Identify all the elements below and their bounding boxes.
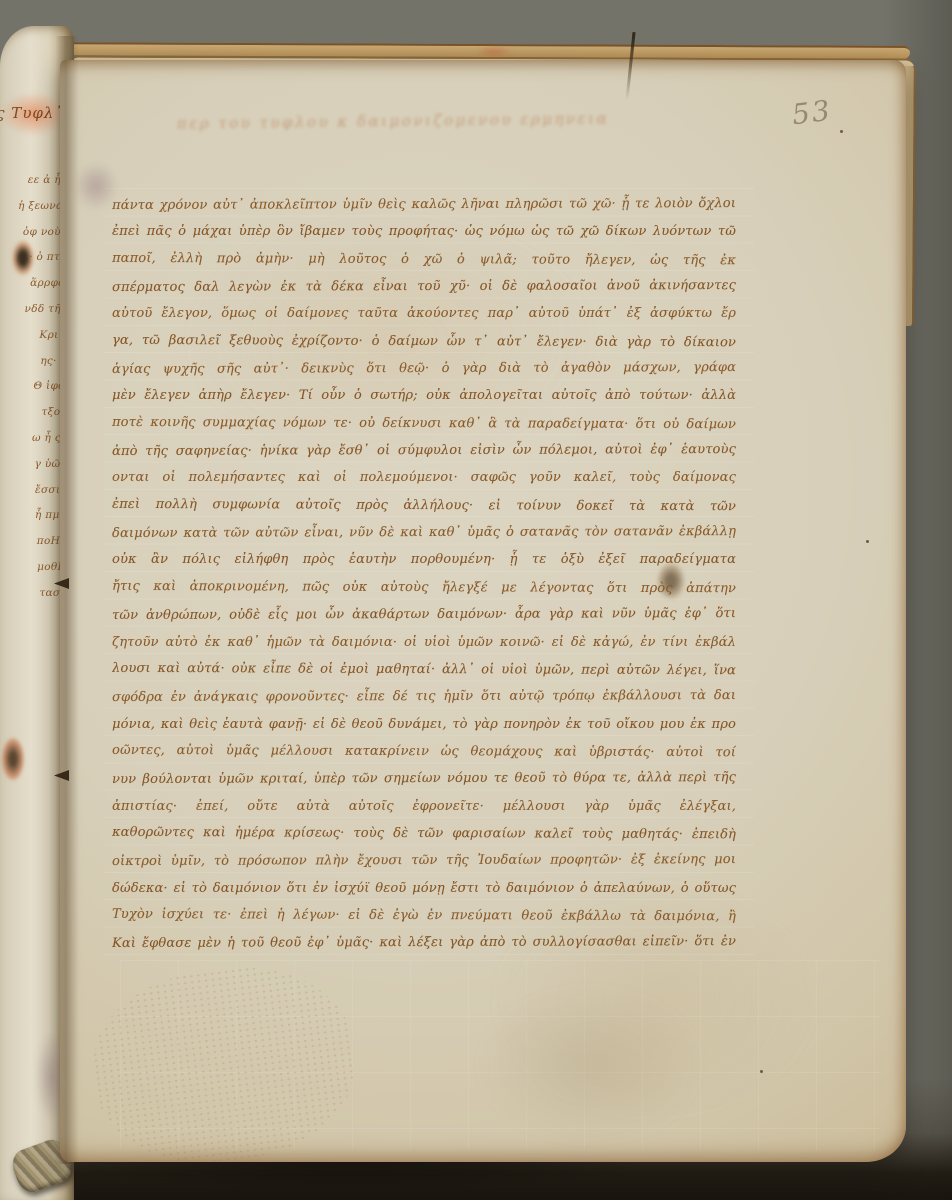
manuscript-text-line: Τυχὸν ἰσχύει τε· ἐπεὶ ἡ λέγων· εἰ δὲ ἐγὼ…	[112, 901, 736, 931]
folio-number: 53	[790, 94, 833, 132]
manuscript-text-line: αὐτοῦ ἔλεγον, ὅμως οἱ δαίμονες ταῦτα ἀκο…	[112, 300, 736, 327]
manuscript-text-line: οὐκ ἂν πόλις εἰλήφθη πρὸς ἑαυτὴν πορθουμ…	[112, 546, 736, 573]
red-margin-stain	[2, 738, 24, 780]
soft-water-stain	[480, 990, 700, 1140]
ink-blot-stain	[8, 234, 38, 282]
manuscript-text-line: οἰκτροὶ ὑμῖν, τὸ πρόσωπον πλὴν ἔχουσι τῶ…	[112, 846, 736, 875]
main-text-block: πάντα χρόνον αὐτ᾽ ἀποκλεῖπτον ὑμῖν θεὶς …	[112, 191, 736, 957]
foxing-speck	[760, 1070, 763, 1073]
manuscript-photo: ς Τυφλ᾽: εε ἀ ἧςἡ ξεωνά,ὀφ νοὺς· ὁ πτλἅρ…	[0, 0, 952, 1200]
manuscript-text-line: μὲν ἔλεγεν ἀπὴρ ἔλεγεν· Τί οὖν ὁ σωτήρ; …	[112, 382, 736, 409]
manuscript-text-line: γα, τῶ βασιλεῖ ξεθυοὺς ἐχρίζοντο· ὁ δαίμ…	[112, 327, 736, 357]
manuscript-text-line: ἁγίας ψυχῆς σῆς αὐτ᾽· δεικνὺς ὅτι θεῷ· ὁ…	[112, 354, 736, 383]
manuscript-text-line: λουσι καὶ αὐτά· οὐκ εἶπε δὲ οἱ ἐμοὶ μαθη…	[112, 655, 736, 685]
manuscript-text-line: σφόδρα ἐν ἀνάγκαις φρονοῦντες· εἶπε δέ τ…	[112, 682, 736, 711]
manuscript-text-line: ἤτις καὶ ἀποκρινομένη, πῶς οὐκ αὐτοὺς ἤλ…	[112, 573, 736, 603]
manuscript-text-line: πάντα χρόνον αὐτ᾽ ἀποκλεῖπτον ὑμῖν θεὶς …	[112, 190, 736, 219]
manuscript-text-line: δαιμόνων κατὰ τῶν αὐτῶν εἶναι, νῦν δὲ κα…	[112, 518, 736, 547]
manuscript-text-line: ἐπεὶ πᾶς ὁ μάχαι ὑπὲρ ὃν ἴβαμεν τοὺς προ…	[112, 218, 736, 245]
manuscript-text-line: Καὶ ἔφθασε μὲν ἡ τοῦ θεοῦ ἐφ᾽ ὑμᾶς· καὶ …	[112, 928, 736, 957]
manuscript-text-line: ἀπὸ τῆς σαφηνείας· ἡνίκα γὰρ ἔσθ᾽ οἱ σύμ…	[112, 436, 736, 465]
recto-page: περ του τυφλου κ δαιμονιζομενου ερμηνεια…	[60, 60, 906, 1162]
foxing-speck	[840, 130, 843, 133]
manuscript-text-line: μόνια, καὶ θεὶς ἑαυτὰ φανῇ· εἰ δὲ θεοῦ δ…	[112, 711, 736, 738]
manuscript-text-line: παποῖ, ἐλλὴ πρὸ ἀμὴν· μὴ λοῦτος ὁ χῶ ὁ ψ…	[112, 244, 736, 274]
manuscript-text-line: ονται οἱ πολεμήσαντες καὶ οἱ πολεμούμενο…	[112, 464, 736, 491]
red-edge-stain	[476, 46, 512, 58]
manuscript-text-line: ἀπιστίας· ἐπεί, οὔτε αὐτὰ αὐτοῖς ἐφρονεῖ…	[112, 793, 736, 820]
manuscript-text-line: καθορῶντες καὶ ἡμέρα κρίσεως· τοὺς δὲ τῶ…	[112, 819, 736, 849]
manuscript-text-line: ἐπεὶ πολλὴ συμφωνία αὐτοῖς πρὸς ἀλλήλους…	[112, 491, 736, 521]
manuscript-text-line: σπέρματος δαλ λεγὼν ἐκ τὰ δέκα εἶναι τοῦ…	[112, 272, 736, 301]
manuscript-text-line: νυν βούλονται ὑμῶν κριταί, ὑπὲρ τῶν σημε…	[112, 764, 736, 793]
manuscript-text-line: οῶντες, αὐτοὶ ὑμᾶς μέλλουσι κατακρίνειν …	[112, 737, 736, 767]
manuscript-text-line: τῶν ἀνθρώπων, οὐδὲ εἷς μοι ὧν ἀκαθάρτων …	[112, 600, 736, 629]
manuscript-text-line: ποτὲ κοινῆς συμμαχίας νόμων τε· οὐ δείκν…	[112, 409, 736, 439]
manuscript-text-line: δώδεκα· εἰ τὸ δαιμόνιον ὅτι ἐν ἰσχύϊ θεο…	[112, 875, 736, 902]
foxing-speck	[866, 540, 869, 543]
offset-ghost-heading: περ του τυφλου κ δαιμονιζομενου ερμηνεια	[142, 107, 644, 135]
gutter-shadow	[55, 36, 79, 1164]
manuscript-text-line: ζητοῦν αὐτὸ ἐκ καθ᾽ ἡμῶν τὰ δαιμόνια· οἱ…	[112, 629, 736, 656]
